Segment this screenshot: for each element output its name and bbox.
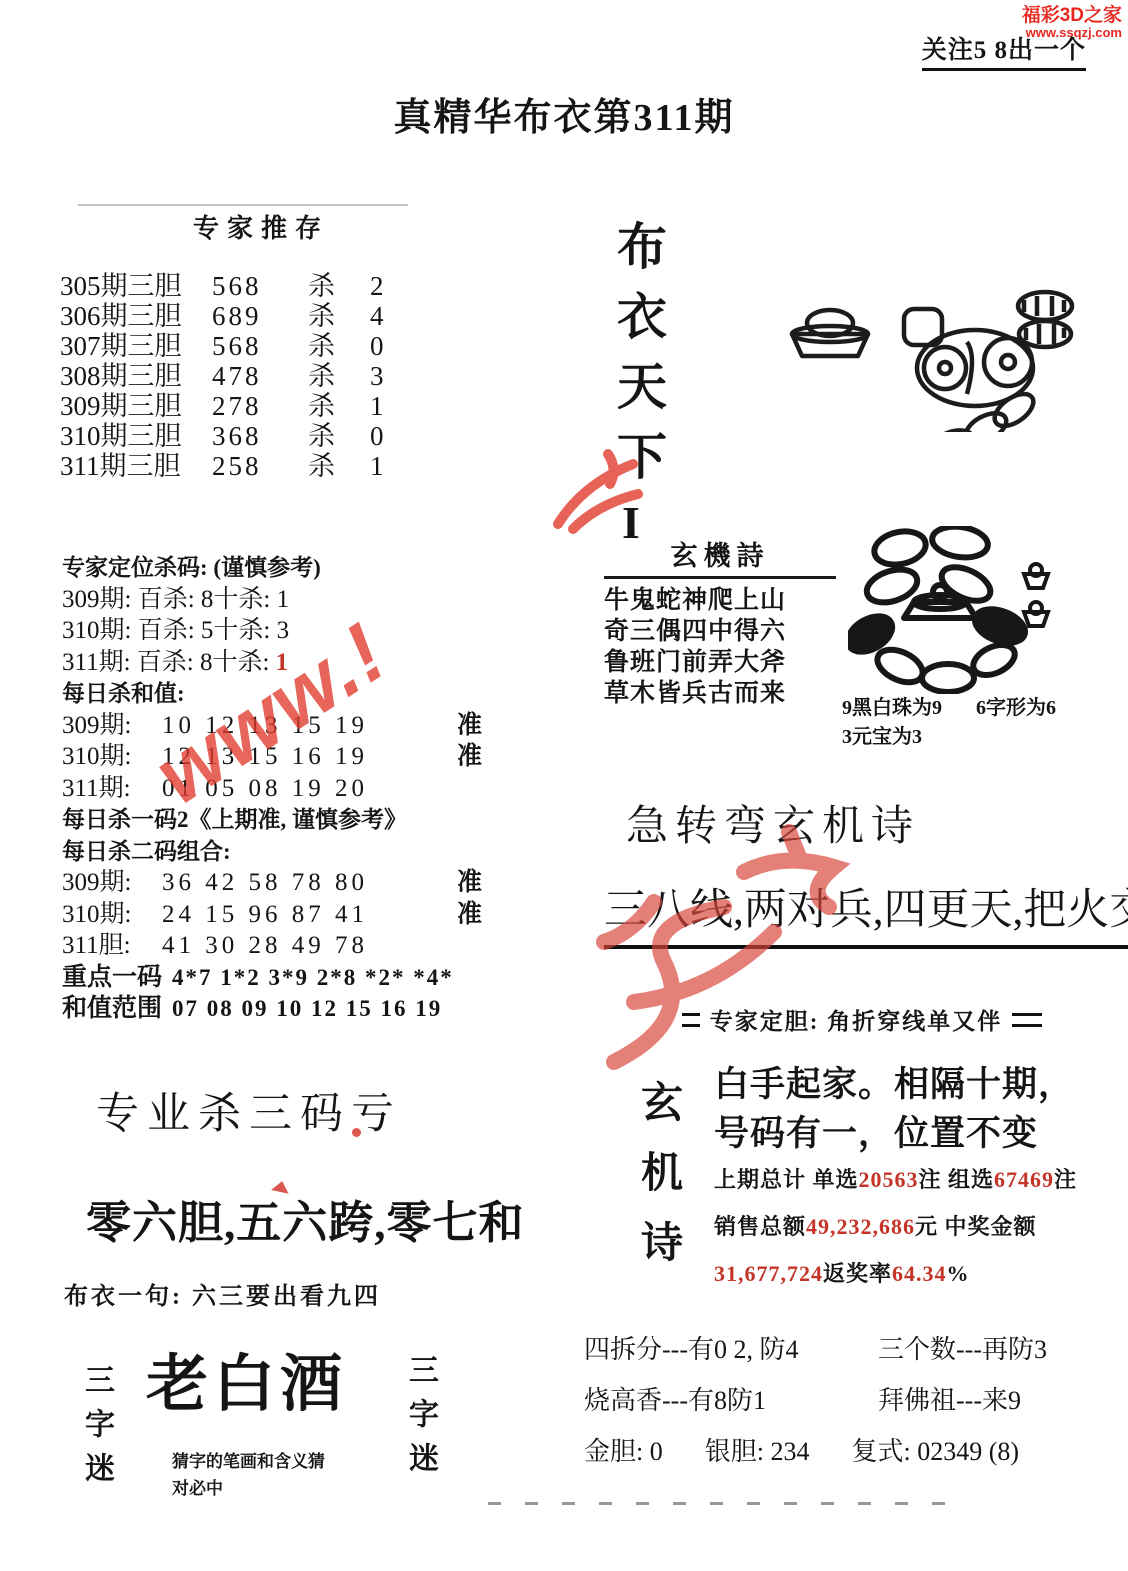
- row-kill-label: 杀: [308, 451, 370, 481]
- scanned-lottery-sheet: 福彩3D之家 www.ssqzj.com 关注5 8出一个 真精华布衣第311期…: [0, 0, 1128, 1571]
- tip-buddha: 拜佛祖---来9: [878, 1375, 1128, 1426]
- stats-number: 64.34: [892, 1261, 947, 1286]
- row-kill-label: 杀: [308, 361, 370, 391]
- stats-line-2: 销售总额49,232,686元 中奖金额: [714, 1203, 1128, 1250]
- tip-row: 四拆分---有0 2, 防4 三个数---再防3: [584, 1324, 1128, 1375]
- xuanji-vertical-label: 玄机诗: [628, 1080, 688, 1290]
- riddle-answer: 老白酒: [146, 1334, 347, 1423]
- expert-recommend-title: 专家推存: [60, 208, 462, 245]
- row-numbers: 258: [212, 451, 308, 481]
- dan-kua-he-line: 零六胆,五六跨,零七和: [86, 1186, 525, 1251]
- scan-artifact-line: [78, 204, 408, 206]
- bead-caption: 9黑白珠为96字形为6 3元宝为3: [842, 694, 1128, 752]
- daily-kill-two-title: 每日杀二码组合:: [62, 836, 482, 868]
- stats-text: 元 中奖金额: [915, 1214, 1037, 1239]
- stats-number: 49,232,686: [806, 1214, 915, 1239]
- table-row: 307期三胆 568 杀 0: [60, 331, 462, 361]
- table-row: 309期三胆 278 杀 1: [60, 391, 462, 421]
- row-period: 310期三胆: [60, 421, 212, 451]
- stats-number: 20563: [859, 1167, 919, 1192]
- sales-stats: 上期总计 单选20563注 组选67469注 销售总额49,232,686元 中…: [714, 1156, 1128, 1297]
- silver-dan: 银胆: 234: [705, 1426, 810, 1477]
- tip-incense: 烧高香---有8防1: [584, 1375, 766, 1426]
- daily-kill-one-title: 每日杀一码2《上期准, 谨慎参考》: [62, 804, 482, 836]
- row-kill-label: 杀: [308, 301, 370, 331]
- final-tips-section: 四拆分---有0 2, 防4 三个数---再防3 烧高香---有8防1 拜佛祖-…: [584, 1324, 1128, 1477]
- row-kill-label: 杀: [308, 421, 370, 451]
- poem-line: 鲁班门前弄大斧: [604, 647, 836, 678]
- gold-dan: 金胆: 0: [584, 1426, 663, 1477]
- expert-recommend-table: 305期三胆 568 杀 2 306期三胆 689 杀 4 307期三胆 568…: [60, 271, 462, 481]
- daily-sum-row: 311期: 01 05 08 19 20: [62, 773, 482, 805]
- red-ink-dot: [352, 1128, 361, 1137]
- caption-six-shape: 6字形为6: [976, 697, 1056, 719]
- poem-line: 草木皆兵古而来: [604, 678, 836, 709]
- stats-number: 31,677,724: [714, 1261, 823, 1286]
- riddle-hint-line2: 对必中: [172, 1475, 422, 1502]
- row-kill-value: 0: [370, 331, 400, 361]
- sum-range-label: 和值范围: [62, 993, 162, 1025]
- bead-caption-line1: 9黑白珠为96字形为6: [842, 694, 1128, 723]
- position-kill-title: 专家定位杀码: (谨慎参考): [62, 552, 482, 584]
- bead-ring-illustration: [848, 526, 1058, 694]
- table-row: 311期三胆 258 杀 1: [60, 451, 462, 481]
- row-kill-label: 杀: [308, 391, 370, 421]
- table-row: 308期三胆 478 杀 3: [60, 361, 462, 391]
- caption-black-white: 9黑白珠为9: [842, 697, 942, 719]
- row-period: 311胆:: [62, 930, 162, 962]
- row-kill-value: 1: [370, 391, 400, 421]
- tip-row-final: 金胆: 0 银胆: 234 复式: 02349 (8): [584, 1426, 1128, 1477]
- stats-line-3: 31,677,724返奖率64.34%: [714, 1250, 1128, 1297]
- row-numbers: 478: [212, 361, 308, 391]
- buyi-sentence: 布衣一句: 六三要出看九四: [64, 1276, 381, 1311]
- row-period: 310期:: [62, 899, 162, 931]
- coins-ingot-illustration: [762, 276, 1076, 432]
- row-numbers: 568: [212, 331, 308, 361]
- stats-line-1: 上期总计 单选20563注 组选67469注: [714, 1156, 1128, 1203]
- row-numbers: 689: [212, 301, 308, 331]
- page-title: 真精华布衣第311期: [0, 86, 1128, 141]
- row-kill-value: 2: [370, 271, 400, 301]
- row-numbers: 568: [212, 271, 308, 301]
- red-calligraphy-watermark: [574, 812, 874, 1082]
- row-period: 311期三胆: [60, 451, 212, 481]
- poem-line: 奇三偶四中得六: [604, 616, 836, 647]
- verse-line: 号码有一，位置不变: [714, 1109, 1128, 1158]
- site-logo-name: 福彩3D之家: [1022, 6, 1122, 26]
- key-one-code-line: 重点一码 4*7 1*2 3*9 2*8 *2* *4*: [62, 962, 482, 994]
- tip-row: 烧高香---有8防1 拜佛祖---来9: [584, 1375, 1128, 1426]
- sum-range-value: 07 08 09 10 12 15 16 19: [172, 993, 442, 1025]
- stats-text: 返奖率: [823, 1261, 892, 1286]
- row-period: 311期:: [62, 773, 162, 805]
- row-period: 309期:: [62, 867, 162, 899]
- riddle-hint: 猜字的笔画和含义猜 对必中: [172, 1448, 422, 1502]
- table-row: 306期三胆 689 杀 4: [60, 301, 462, 331]
- compound-numbers: 复式: 02349 (8): [851, 1426, 1019, 1477]
- row-kill-label: 杀: [308, 331, 370, 361]
- poem-line: 牛鬼蛇神爬上山: [604, 585, 836, 616]
- row-mark: 准: [457, 899, 482, 931]
- position-kill-section: 专家定位杀码: (谨慎参考) 309期: 百杀: 8十杀: 1 310期: 百杀…: [62, 552, 482, 1025]
- sum-range-line: 和值范围 07 08 09 10 12 15 16 19: [62, 993, 482, 1025]
- row-period: 309期三胆: [60, 391, 212, 421]
- stats-text: 注 组选: [919, 1167, 995, 1192]
- riddle-side-label-right: 三字迷: [398, 1354, 442, 1486]
- row-values: 24 15 96 87 41: [162, 899, 368, 931]
- two-code-row: 309期: 36 42 58 78 80 准: [62, 867, 482, 899]
- position-kill-row: 309期: 百杀: 8十杀: 1: [62, 584, 482, 616]
- tip-four-split: 四拆分---有0 2, 防4: [584, 1324, 798, 1375]
- table-row: 310期三胆 368 杀 0: [60, 421, 462, 451]
- row-values: 41 30 28 49 78: [162, 930, 368, 962]
- expert-recommend-section: 专家推存 305期三胆 568 杀 2 306期三胆 689 杀 4 307期三…: [60, 208, 462, 481]
- row-mark: 准: [457, 867, 482, 899]
- row-kill-value: 0: [370, 421, 400, 451]
- row-numbers: 368: [212, 421, 308, 451]
- xuanji-poem-section: 玄機詩 牛鬼蛇神爬上山 奇三偶四中得六 鲁班门前弄大斧 草木皆兵古而来: [604, 534, 836, 709]
- row-mark: 准: [457, 710, 482, 742]
- row-period: 306期三胆: [60, 301, 212, 331]
- row-text: 311期: 百杀: 8十杀:: [62, 649, 276, 676]
- red-stamp-stroke: [538, 424, 648, 544]
- row-mark: 准: [457, 741, 482, 773]
- row-kill-value: 4: [370, 301, 400, 331]
- focus-note: 关注5 8出一个: [922, 30, 1086, 71]
- row-values: 36 42 58 78 80: [162, 867, 368, 899]
- table-row: 305期三胆 568 杀 2: [60, 271, 462, 301]
- row-period: 308期三胆: [60, 361, 212, 391]
- bead-caption-line2: 3元宝为3: [842, 723, 1128, 752]
- stats-text: %: [947, 1261, 970, 1286]
- row-kill-value: 3: [370, 361, 400, 391]
- stats-text: 销售总额: [714, 1214, 806, 1239]
- row-period: 305期三胆: [60, 271, 212, 301]
- stats-text: 上期总计 单选: [714, 1167, 859, 1192]
- row-numbers: 278: [212, 391, 308, 421]
- row-period: 307期三胆: [60, 331, 212, 361]
- key-one-value: 4*7 1*2 3*9 2*8 *2* *4*: [172, 962, 454, 994]
- riddle-side-label-left: 三字迷: [74, 1364, 118, 1496]
- two-code-row: 310期: 24 15 96 87 41 准: [62, 899, 482, 931]
- position-kill-row: 310期: 百杀: 5十杀: 3: [62, 615, 482, 647]
- row-kill-value: 1: [370, 451, 400, 481]
- row-kill-label: 杀: [308, 271, 370, 301]
- xuanji-poem-lines: 牛鬼蛇神爬上山 奇三偶四中得六 鲁班门前弄大斧 草木皆兵古而来: [604, 585, 836, 709]
- two-code-row: 311胆: 41 30 28 49 78: [62, 930, 482, 962]
- riddle-hint-line1: 猜字的笔画和含义猜: [172, 1448, 422, 1475]
- cutoff-text-fragments: [488, 1502, 958, 1505]
- key-one-label: 重点一码: [62, 962, 162, 994]
- stats-text: 注: [1054, 1167, 1077, 1192]
- tip-three-number: 三个数---再防3: [878, 1324, 1128, 1375]
- stats-number: 67469: [994, 1167, 1054, 1192]
- double-line-decoration: [1012, 1013, 1042, 1027]
